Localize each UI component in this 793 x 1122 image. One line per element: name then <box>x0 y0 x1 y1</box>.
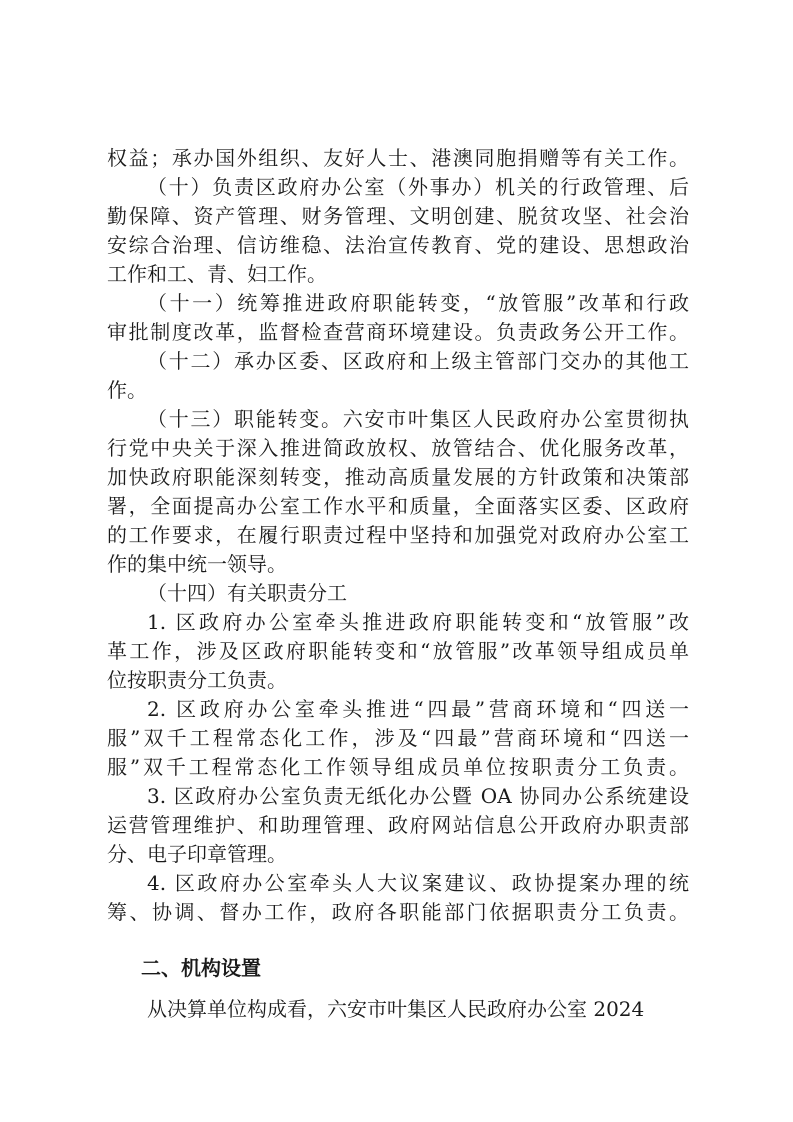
paragraph-line: （十二）承办区委、区政府和上级主管部门交办的其他工 <box>107 347 689 376</box>
paragraph-line: （十三）职能转变。六安市叶集区人民政府办公室贯彻执 <box>107 405 689 434</box>
paragraph-item-10: （十）负责区政府办公室（外事办）机关的行政管理、后 勤保障、资产管理、财务管理、… <box>107 173 689 289</box>
paragraph-line: 3. 区政府办公室负责无纸化办公暨 OA 协同办公系统建设 <box>107 782 689 811</box>
paragraph-line: 作。 <box>107 376 689 405</box>
paragraph-line: 2. 区政府办公室牵头推进“四最”营商环境和“四送一 <box>107 695 689 724</box>
paragraph-item-11: （十一）统筹推进政府职能转变，“放管服”改革和行政 审批制度改革，监督检查营商环… <box>107 289 689 347</box>
paragraph-line: 1. 区政府办公室牵头推进政府职能转变和“放管服”改 <box>107 608 689 637</box>
paragraph-line: 位按职责分工负责。 <box>107 666 689 695</box>
paragraph-line: 的工作要求，在履行职责过程中坚持和加强党对政府办公室工 <box>107 521 689 550</box>
paragraph-line: （十）负责区政府办公室（外事办）机关的行政管理、后 <box>107 173 689 202</box>
paragraph-line: 服”双千工程常态化工作领导组成员单位按职责分工负责。 <box>107 753 689 782</box>
document-page: 权益；承办国外组织、友好人士、港澳同胞捐赠等有关工作。 （十）负责区政府办公室（… <box>107 144 689 1024</box>
paragraph-line: 运营管理维护、和助理管理、政府网站信息公开政府办职责部 <box>107 811 689 840</box>
paragraph-line: 行党中央关于深入推进简政放权、放管结合、优化服务改革， <box>107 434 689 463</box>
paragraph-line: 分、电子印章管理。 <box>107 840 689 869</box>
paragraph-item-14-3: 3. 区政府办公室负责无纸化办公暨 OA 协同办公系统建设 运营管理维护、和助理… <box>107 782 689 869</box>
paragraph-line: 工作和工、青、妇工作。 <box>107 260 689 289</box>
paragraph-line: 勤保障、资产管理、财务管理、文明创建、脱贫攻坚、社会治 <box>107 202 689 231</box>
paragraph-line: 审批制度改革，监督检查营商环境建设。负责政务公开工作。 <box>107 318 689 347</box>
paragraph-item-13: （十三）职能转变。六安市叶集区人民政府办公室贯彻执 行党中央关于深入推进简政放权… <box>107 405 689 579</box>
paragraph-line: 安综合治理、信访维稳、法治宣传教育、党的建设、思想政治 <box>107 231 689 260</box>
paragraph-item-12: （十二）承办区委、区政府和上级主管部门交办的其他工 作。 <box>107 347 689 405</box>
paragraph-line: （十四）有关职责分工 <box>107 579 689 608</box>
paragraph-line: 服”双千工程常态化工作，涉及“四最”营商环境和“四送一 <box>107 724 689 753</box>
paragraph-line: 作的集中统一领导。 <box>107 550 689 579</box>
paragraph-item-14-1: 1. 区政府办公室牵头推进政府职能转变和“放管服”改 革工作，涉及区政府职能转变… <box>107 608 689 695</box>
paragraph-line: 加快政府职能深刻转变，推动高质量发展的方针政策和决策部 <box>107 463 689 492</box>
paragraph-line: 筹、协调、督办工作，政府各职能部门依据职责分工负责。 <box>107 898 689 927</box>
paragraph-item-14-4: 4. 区政府办公室牵头人大议案建议、政协提案办理的统 筹、协调、督办工作，政府各… <box>107 869 689 927</box>
paragraph-line: 4. 区政府办公室牵头人大议案建议、政协提案办理的统 <box>107 869 689 898</box>
paragraph-line: （十一）统筹推进政府职能转变，“放管服”改革和行政 <box>107 289 689 318</box>
paragraph-line: 署，全面提高办公室工作水平和质量，全面落实区委、区政府 <box>107 492 689 521</box>
paragraph-item-14: （十四）有关职责分工 <box>107 579 689 608</box>
paragraph-item-14-2: 2. 区政府办公室牵头推进“四最”营商环境和“四送一 服”双千工程常态化工作，涉… <box>107 695 689 782</box>
paragraph-line: 革工作，涉及区政府职能转变和“放管服”改革领导组成员单 <box>107 637 689 666</box>
section-first-line: 从决算单位构成看，六安市叶集区人民政府办公室 2024 <box>107 995 689 1024</box>
paragraph-line: 权益；承办国外组织、友好人士、港澳同胞捐赠等有关工作。 <box>107 144 689 173</box>
section-heading: 二、机构设置 <box>107 954 689 983</box>
